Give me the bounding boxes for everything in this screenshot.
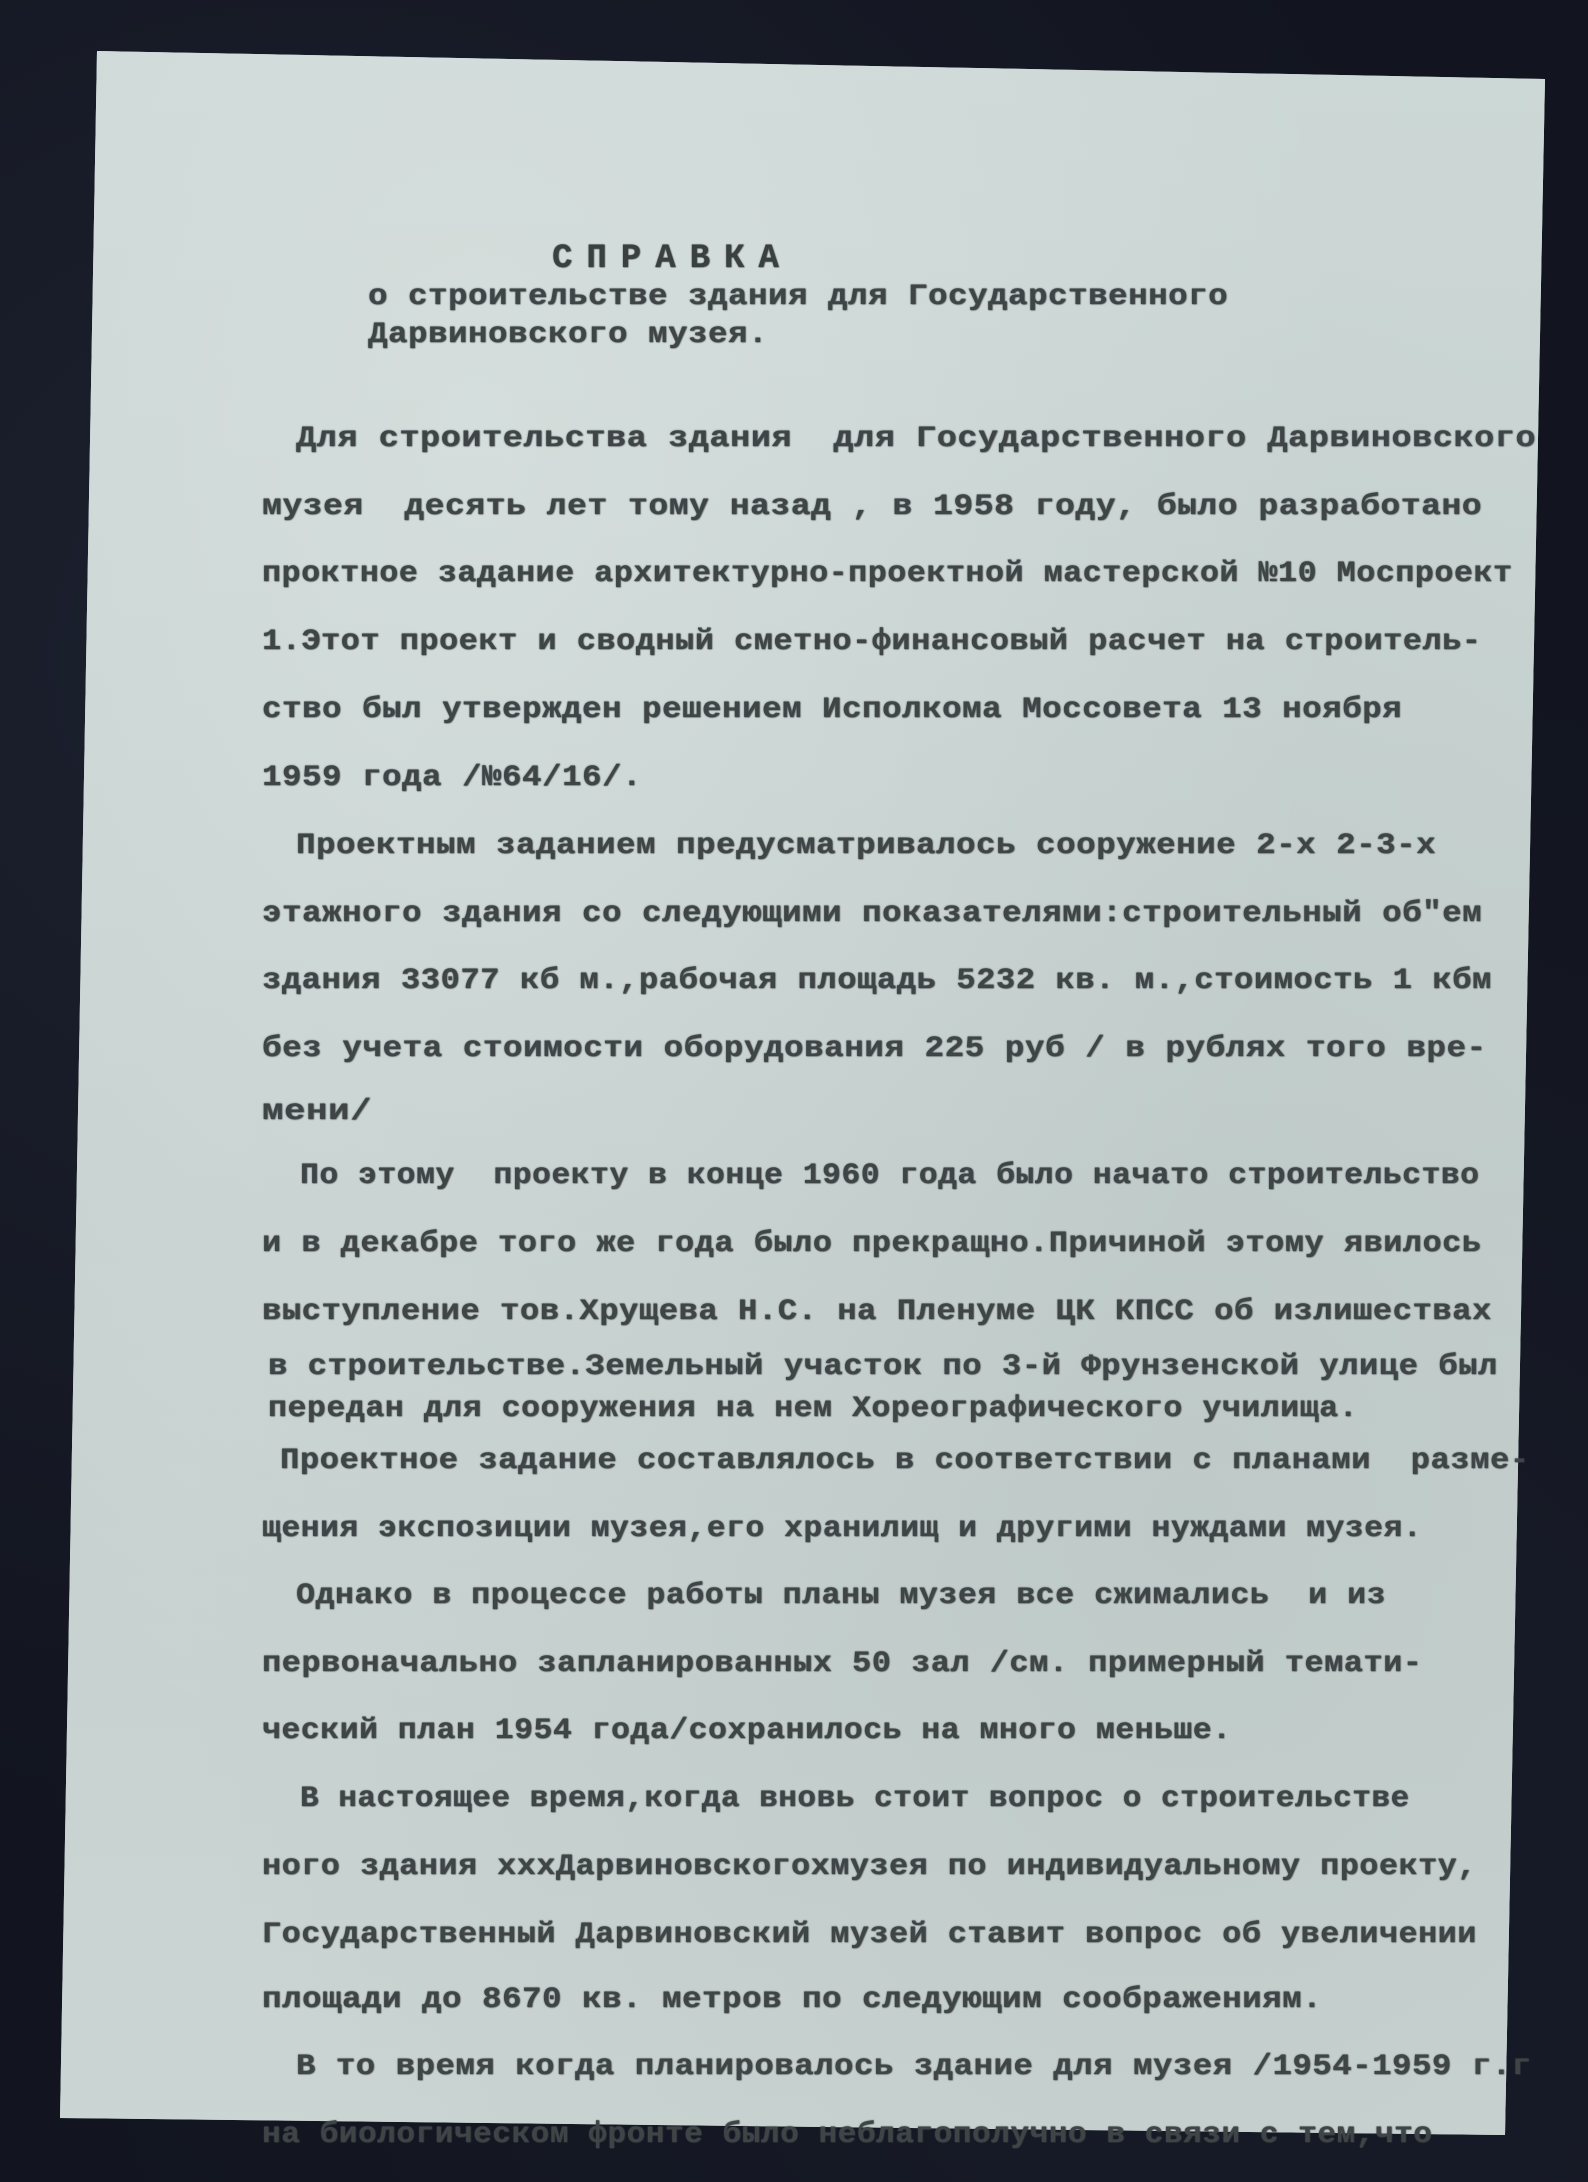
document-body-line: Проектным заданием предусматривалось соо… [296, 829, 1436, 863]
document-heading: СПРАВКА [552, 240, 793, 278]
typewritten-document: СПРАВКА о строительстве здания для Госуд… [0, 0, 1588, 2182]
document-subtitle-line: о строительстве здания для Государственн… [368, 280, 1228, 314]
document-body-line: и в декабре того же года было прекращно.… [262, 1227, 1481, 1261]
document-body-line: По этому проекту в конце 1960 года было … [300, 1159, 1479, 1193]
document-body-line: выступление тов.Хрущева Н.С. на Пленуме … [262, 1295, 1492, 1329]
document-body-line: площади до 8670 кв. метров по следующим … [262, 1983, 1322, 2017]
document-subtitle-line: Дарвиновского музея. [368, 318, 768, 352]
document-body-line: 1959 года /№64/16/. [262, 761, 642, 795]
document-body-line: здания 33077 кб м.,рабочая площадь 5232 … [262, 964, 1492, 998]
document-body-line: первоначально запланированных 50 зал /см… [262, 1647, 1422, 1681]
document-body-line: ство был утвержден решением Исполкома Мо… [262, 693, 1402, 727]
document-body-line: проктное задание архитектурно-проектной … [262, 557, 1513, 591]
document-body-line: этажного здания со следующими показателя… [262, 897, 1482, 931]
document-body-line: Проектное задание составлялось в соответ… [280, 1444, 1530, 1478]
document-body-line: ного здания xxxДарвиновскогоxмузея по ин… [262, 1850, 1477, 1884]
document-body-line: Однако в процессе работы планы музея все… [296, 1579, 1386, 1613]
document-body-line: В настоящее время,когда вновь стоит вопр… [300, 1782, 1410, 1816]
document-body-line: Государственный Дарвиновский музей стави… [262, 1918, 1477, 1952]
document-body-line: мени/ [262, 1095, 372, 1129]
document-body-line: Для строительства здания для Государстве… [296, 422, 1536, 456]
document-body-line: на биологическом фронте было неблагополу… [262, 2118, 1432, 2152]
document-body-line: В то время когда планировалось здание дл… [296, 2050, 1532, 2084]
document-body-line: щения экспозиции музея,его хранилищ и др… [262, 1512, 1422, 1546]
document-body-line: передан для сооружения на нем Хореографи… [268, 1392, 1358, 1426]
document-body-line: 1.Этот проект и сводный сметно-финансовы… [262, 625, 1481, 659]
document-body-line: в строительстве.Земельный участок по 3-й… [268, 1350, 1498, 1384]
document-body-line: без учета стоимости оборудования 225 руб… [262, 1032, 1487, 1066]
document-body-line: ческий план 1954 года/сохранилось на мно… [262, 1714, 1232, 1748]
document-body-line: музея десять лет тому назад , в 1958 год… [262, 490, 1482, 524]
